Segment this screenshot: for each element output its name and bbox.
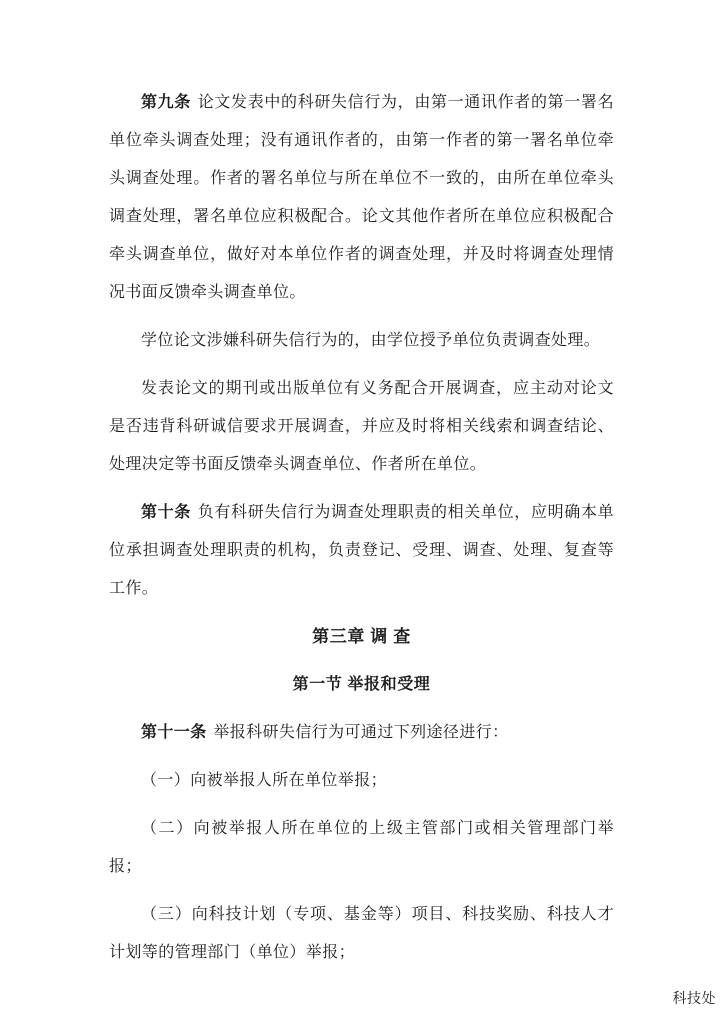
paragraph-article-9: 第九条论文发表中的科研失信行为，由第一通讯作者的第一署名单位牵头调查处理；没有通… xyxy=(109,84,614,312)
article-11-number: 第十一条 xyxy=(141,724,207,741)
document-body: 第九条论文发表中的科研失信行为，由第一通讯作者的第一署名单位牵头调查处理；没有通… xyxy=(109,84,614,982)
section-heading: 第一节 举报和受理 xyxy=(109,666,614,704)
paragraph-thesis-text: 学位论文涉嫌科研失信行为的，由学位授予单位负责调查处理。 xyxy=(141,332,600,349)
article-10-number: 第十条 xyxy=(141,504,191,521)
paragraph-thesis: 学位论文涉嫌科研失信行为的，由学位授予单位负责调查处理。 xyxy=(109,322,614,360)
paragraph-journal-text: 发表论文的期刊或出版单位有义务配合开展调查，应主动对论文是否违背科研诚信要求开展… xyxy=(109,380,614,473)
report-channel-item-3: （三）向科技计划（专项、基金等）项目、科技奖励、科技人才计划等的管理部门（单位）… xyxy=(109,896,614,972)
article-9-number: 第九条 xyxy=(141,94,191,111)
report-channel-item-2: （二）向被举报人所在单位的上级主管部门或相关管理部门举报； xyxy=(109,810,614,886)
paragraph-article-10: 第十条负有科研失信行为调查处理职责的相关单位，应明确本单位承担调查处理职责的机构… xyxy=(109,494,614,608)
paragraph-article-11: 第十一条举报科研失信行为可通过下列途径进行： xyxy=(109,714,614,752)
document-page: 第九条论文发表中的科研失信行为，由第一通讯作者的第一署名单位牵头调查处理；没有通… xyxy=(0,0,724,1024)
report-channel-item-1: （一）向被举报人所在单位举报； xyxy=(109,762,614,800)
article-9-text: 论文发表中的科研失信行为，由第一通讯作者的第一署名单位牵头调查处理；没有通讯作者… xyxy=(109,94,614,301)
paragraph-journal: 发表论文的期刊或出版单位有义务配合开展调查，应主动对论文是否违背科研诚信要求开展… xyxy=(109,370,614,484)
article-11-text: 举报科研失信行为可通过下列途径进行： xyxy=(213,724,508,741)
footer-department-label: 科技处 xyxy=(673,988,717,1008)
chapter-heading: 第三章 调 查 xyxy=(109,618,614,656)
